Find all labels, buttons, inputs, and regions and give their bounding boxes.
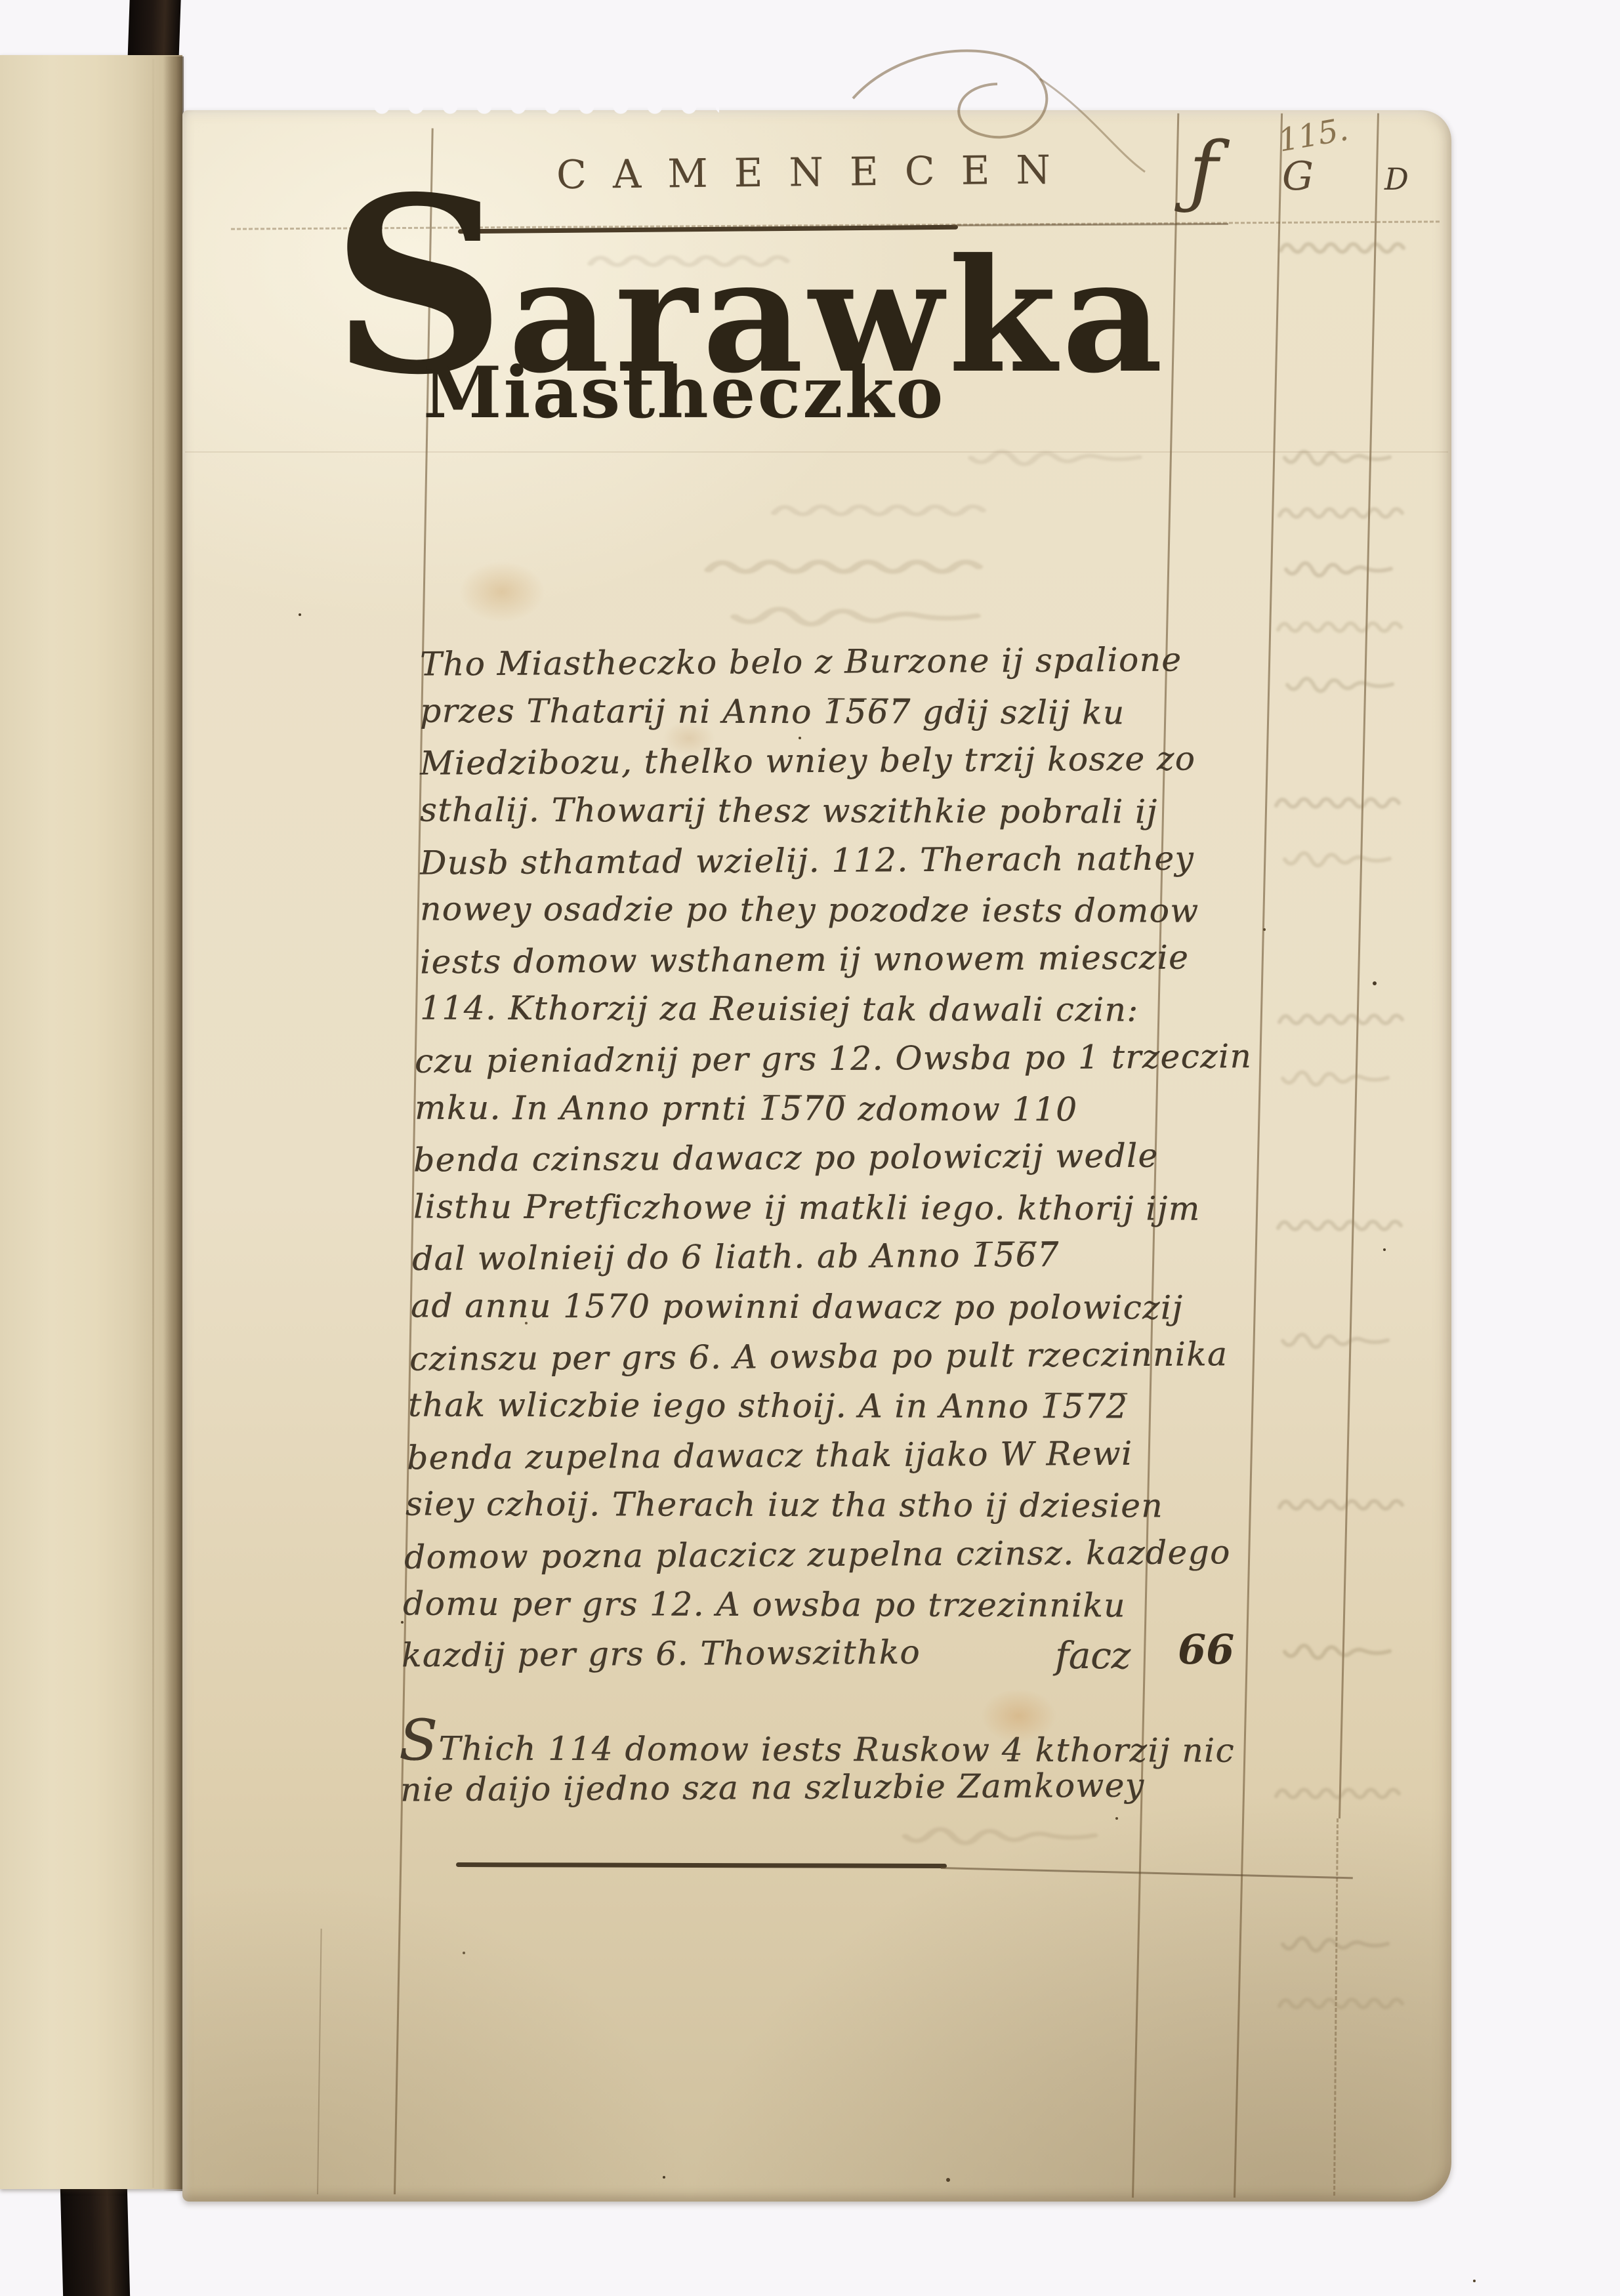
body-line: domu per grs 12. A owsba po trzezinniku <box>403 1588 1126 1622</box>
body-line: czu pieniadznij per grs 12. Owsba po 1 t… <box>415 1040 1252 1078</box>
paper-stain <box>663 720 715 756</box>
body-line: mku. In Anno prnti 1̅5̅7̅0̅ zdomow 110 <box>415 1092 1078 1126</box>
body-line: Tho Miastheczko belo z Burzone ij spalio… <box>420 643 1182 680</box>
body-line: sthalij. Thowarij thesz wszithkie pobral… <box>420 794 1158 829</box>
body-line: nowey osadzie po they pozodze iests domo… <box>420 892 1199 927</box>
body-line: nie daijo ijedno sza na szluzbie Zamkowe… <box>400 1769 1145 1807</box>
body-line: czinszu per grs 6. A owsba po pult rzecz… <box>409 1338 1228 1376</box>
body-line: 114. Kthorzij za Reuisiej tak dawali czi… <box>420 992 1139 1027</box>
page-edge-crease <box>152 59 154 2188</box>
deckle-edge <box>365 106 719 115</box>
paper-specks <box>299 613 301 616</box>
body-line: Miedzibozu, thelko wniey bely trzij kosz… <box>420 742 1196 779</box>
body-line: kazdij per grs 6. Thowszithko <box>402 1636 921 1672</box>
gathering-letter: G <box>1282 154 1314 199</box>
page-subtitle: Miastheczko <box>423 352 945 434</box>
body-line: SThich 114 domow iests Ruskow 4 kthorzij… <box>399 1712 1235 1771</box>
gutter-shadow <box>163 56 184 2191</box>
body-line: Dusb sthamtad wzielij. 112. Therach nath… <box>420 842 1194 879</box>
facit-label: facz <box>1055 1635 1131 1677</box>
body-line: listhu Pretficzhowe ij matkli iego. ktho… <box>413 1190 1201 1225</box>
body-line: siey czhoij. Therach iuz tha stho ij dzi… <box>405 1487 1163 1522</box>
previous-page-edge <box>0 55 182 2189</box>
body-line: dal wolnieij do 6 liath. ab Anno 1̅5̅6̅7… <box>412 1239 1060 1275</box>
facit-value: 66 <box>1178 1626 1234 1673</box>
body-line: przes Thatarij ni Anno 1̅5̅6̅7̅ gdij szl… <box>420 695 1125 729</box>
paper-crease-horizontal <box>185 451 1448 453</box>
body-line: ad annu 1570 powinni dawacz po polowiczi… <box>411 1289 1183 1324</box>
body-line: iests domow wsthanem ij wnowem miesczie <box>420 941 1189 978</box>
paper-stain <box>981 1689 1056 1743</box>
manuscript-scan: CAMENECEN ƒ 115. G D Sarawka Miastheczko… <box>0 0 1620 2296</box>
body-line: benda czinszu dawacz po polowiczij wedle <box>413 1139 1159 1177</box>
bookmark-ribbon-top <box>127 0 180 62</box>
body-line: domow pozna placzicz zupelna czinsz. kaz… <box>404 1536 1231 1574</box>
bookmark-ribbon-bottom <box>60 2189 130 2296</box>
column-letter: D <box>1384 161 1409 197</box>
body-line: thak wliczbie iego sthoij. A in Anno 1̅5… <box>408 1389 1128 1424</box>
folio-mark: ƒ <box>1189 126 1218 217</box>
body-line: benda zupelna dawacz thak ijako W Rewi <box>407 1437 1133 1475</box>
paper-stain <box>459 562 545 622</box>
